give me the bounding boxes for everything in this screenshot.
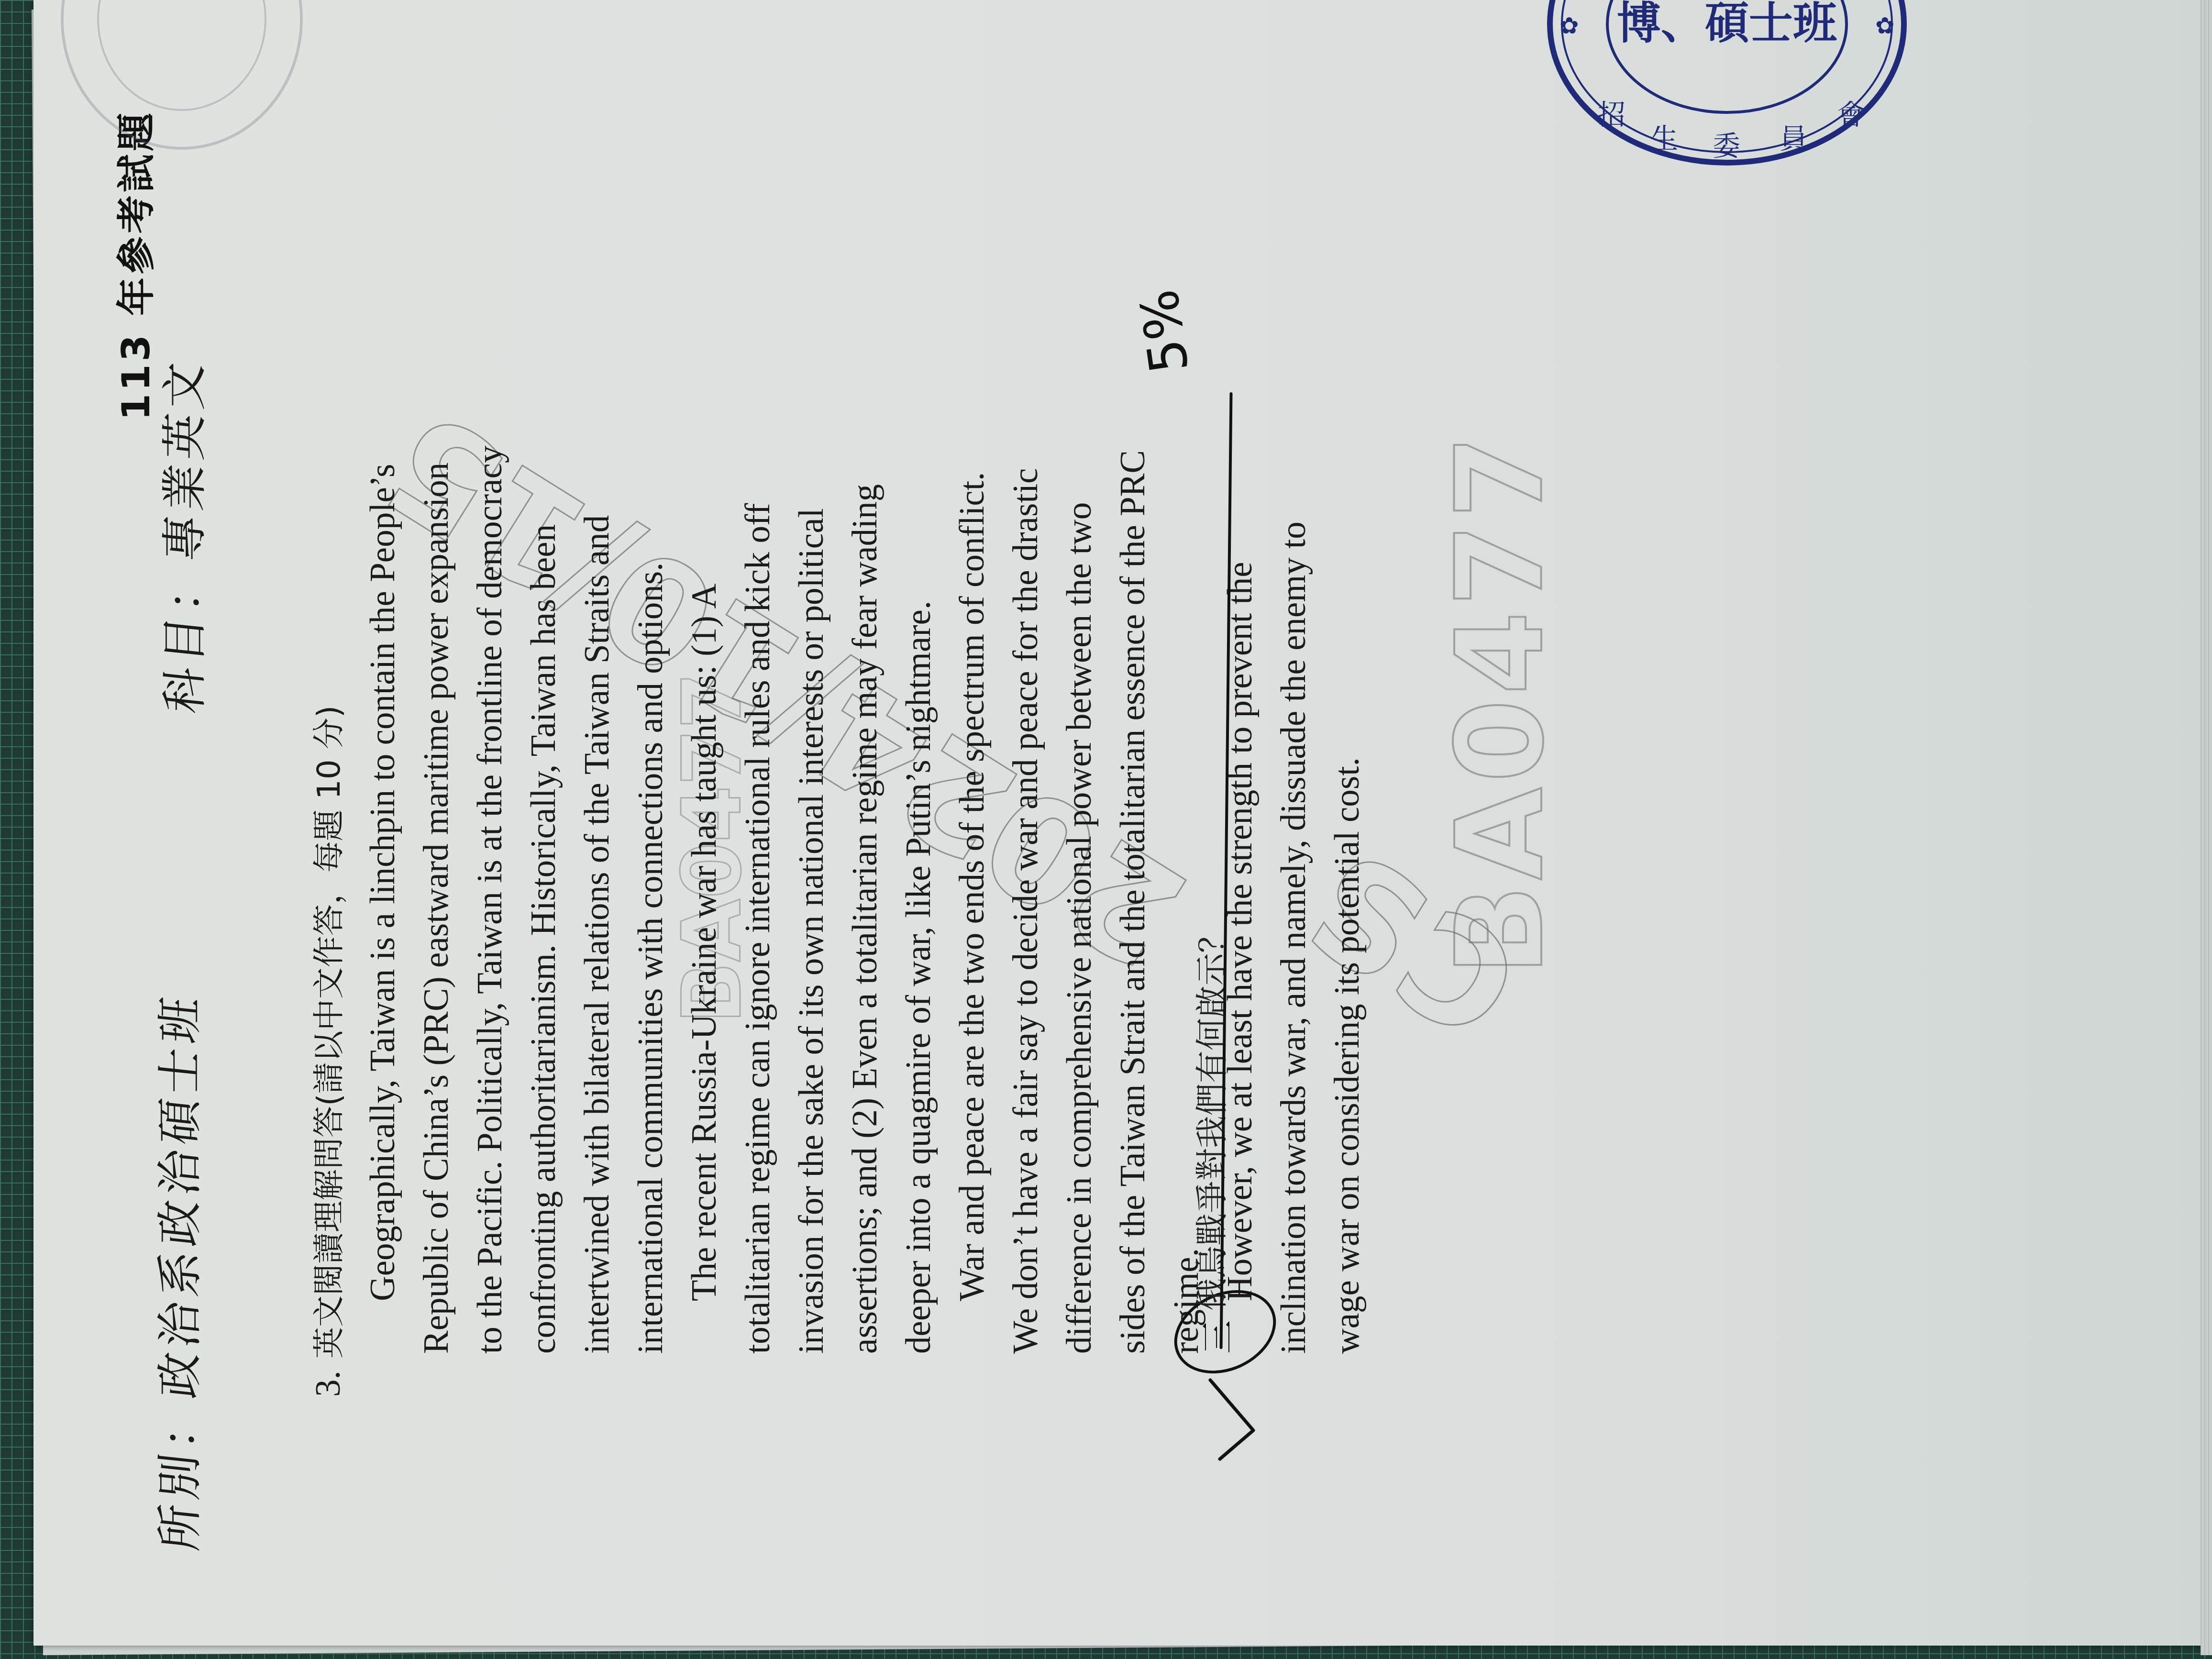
- svg-text:✿: ✿: [1559, 12, 1579, 39]
- stacked-page-edges: [2201, 0, 2212, 1655]
- question-number: 3.: [301, 1359, 355, 1397]
- paragraph-2: The recent Russia-Ukraine war has taught…: [677, 440, 945, 1397]
- paragraph-4: However, we at least have the strength t…: [1213, 440, 1374, 1397]
- score-mark: 5%: [1128, 286, 1200, 377]
- watermark-code: BA0477: [1430, 431, 1570, 976]
- question-instruction: 英文閱讀理解問答(請以中文作答，每題 10 分): [310, 706, 347, 1359]
- admissions-stamp: 博、碩士班 國 防 大 學 會 員 委 生 招 ✿ ✿: [1540, 0, 1913, 172]
- paragraph-3: War and peace are the two ends of the sp…: [945, 440, 1213, 1397]
- exam-page: 所別：政治系政治碩士班 科目：專業英文 113 年參考試題 BA0477 202…: [33, 0, 2205, 1646]
- svg-text:✿: ✿: [1875, 12, 1894, 39]
- question-header: 3.英文閱讀理解問答(請以中文作答，每題 10 分): [301, 440, 356, 1397]
- sub-question-number: 三: [1191, 1320, 1239, 1354]
- department-field: 所別：政治系政治碩士班: [144, 989, 209, 1553]
- faint-bleed-stamp: [48, 0, 316, 163]
- paragraph-1: Geographically, Taiwan is a linchpin to …: [356, 440, 677, 1397]
- stamp-inner-text: 博、碩士班: [1617, 0, 1837, 49]
- check-mark-icon: [1201, 1378, 1258, 1464]
